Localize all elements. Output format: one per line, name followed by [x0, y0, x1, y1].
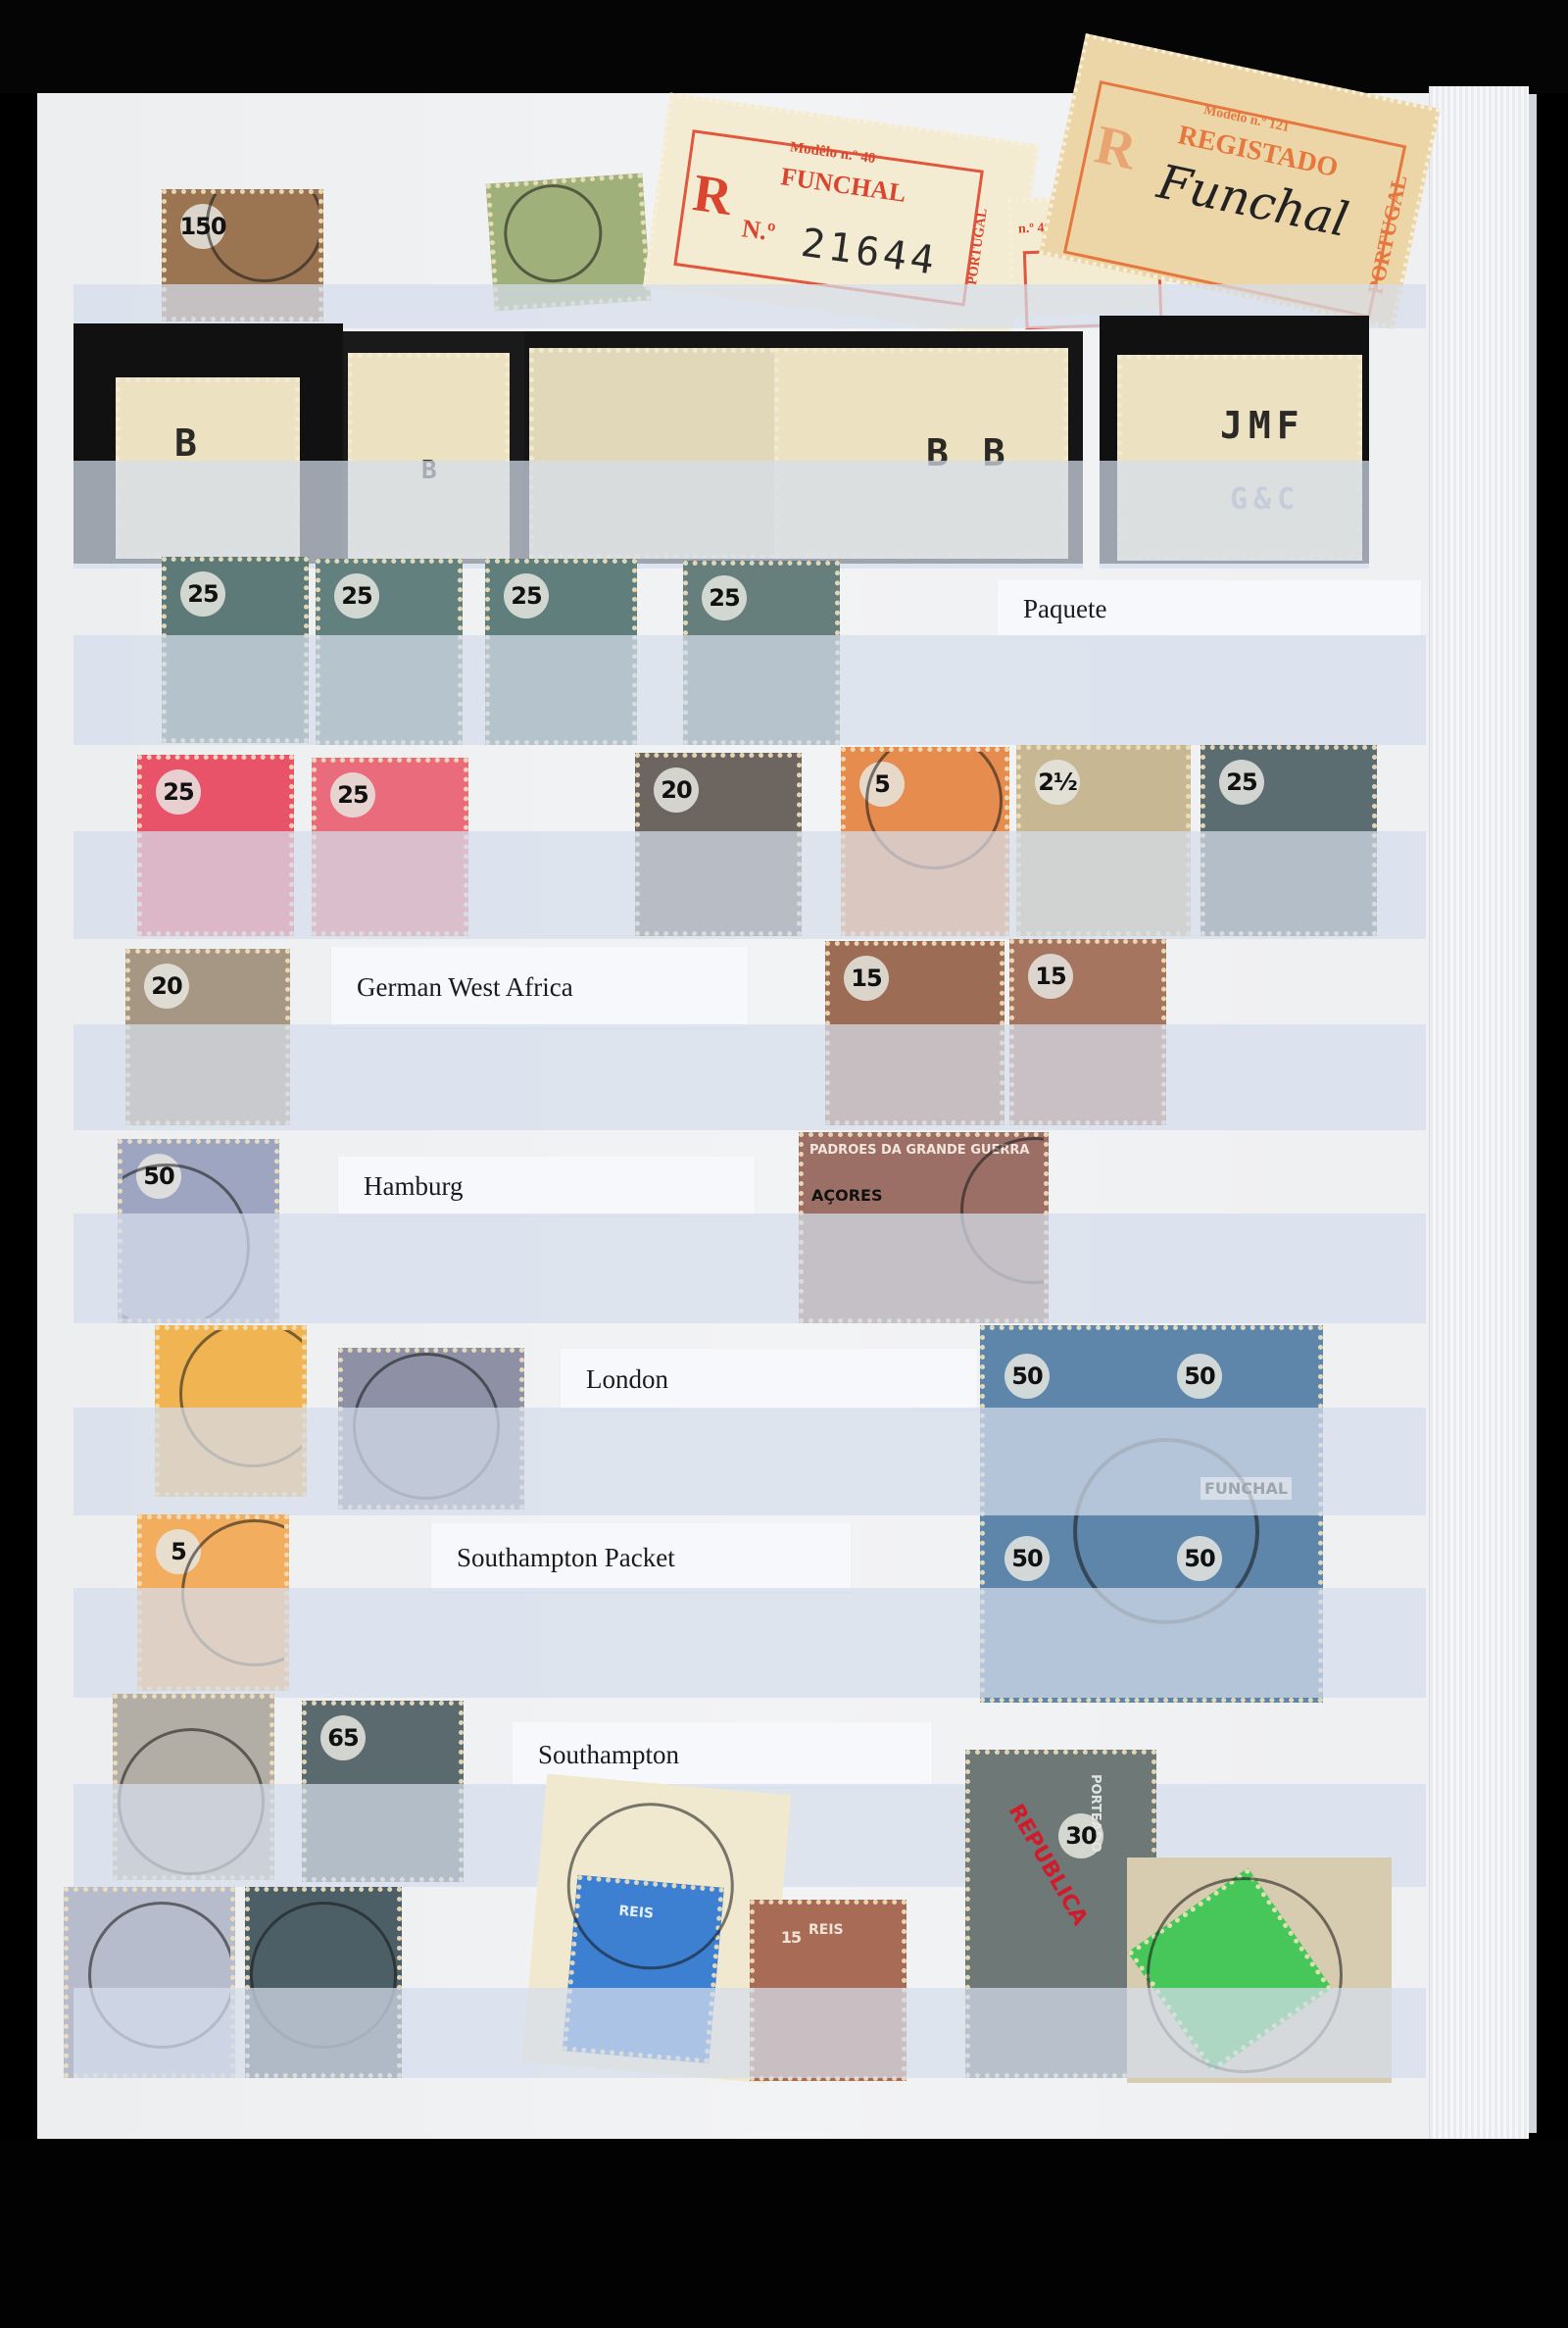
- perfin-letters: B: [174, 421, 203, 465]
- glassine-strip-2b: [1100, 461, 1369, 569]
- glassine-strip-5: [73, 1024, 1426, 1130]
- stamp-denomination: 15: [844, 956, 889, 1001]
- stamp-overprint: AÇORES: [811, 1186, 883, 1205]
- stamp-denomination: 25: [334, 573, 379, 619]
- glassine-strip-4: [73, 831, 1426, 939]
- glassine-strip-2: [73, 461, 1083, 569]
- label-hamburg: Hamburg: [338, 1157, 755, 1215]
- stamp-denomination: 15: [1028, 954, 1073, 999]
- background-top: [0, 0, 1568, 93]
- stamp-denomination: 20: [144, 964, 189, 1009]
- stamp-denomination: 25: [702, 575, 747, 620]
- stamp-text: REIS: [808, 1922, 844, 1938]
- stamp-denomination: 50: [1004, 1354, 1050, 1399]
- stamp-denomination: 25: [156, 769, 201, 815]
- label-southampton-packet: Southampton Packet: [431, 1523, 851, 1592]
- glassine-strip-10: [73, 1988, 1426, 2078]
- postmark: [501, 181, 606, 286]
- stamp-denomination: 20: [654, 768, 699, 813]
- label-london: London: [561, 1349, 977, 1410]
- reg-number-prefix: N.º: [740, 214, 777, 247]
- postmark: [206, 189, 323, 282]
- stamp-denomination: 2½: [1035, 760, 1080, 805]
- glassine-strip-7: [73, 1408, 1426, 1515]
- glassine-strip-8: [73, 1588, 1426, 1698]
- stamp-denomination: 25: [330, 772, 375, 817]
- stamp-denomination: 50: [1004, 1536, 1050, 1581]
- stamp-denomination: 25: [180, 571, 225, 617]
- stamp-denomination: 65: [320, 1715, 366, 1760]
- stamp-denomination: 50: [1177, 1354, 1222, 1399]
- glassine-strip-6: [73, 1214, 1426, 1323]
- label-german-west-africa: German West Africa: [331, 947, 748, 1027]
- background-bottom: [0, 2139, 1568, 2328]
- label-paquete: Paquete: [998, 580, 1421, 637]
- glassine-strip-3: [73, 635, 1426, 745]
- stamp-denomination: 30: [1058, 1813, 1103, 1858]
- stamp-denomination: 25: [504, 573, 549, 619]
- perfin-letters: JMF: [1220, 404, 1305, 447]
- stamp-denomination: 25: [1219, 760, 1264, 805]
- page-binding: [1429, 86, 1529, 2139]
- stamp-denomination: 15: [768, 1914, 813, 1959]
